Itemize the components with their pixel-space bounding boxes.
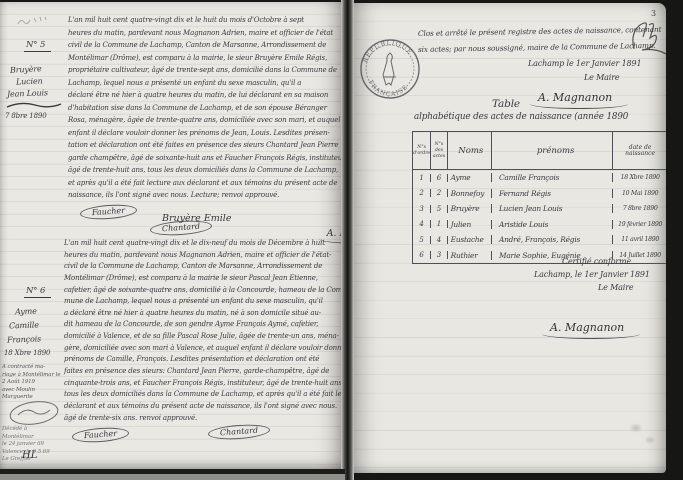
act-line: tous les deux domiciliés dans la Commune… <box>64 389 341 401</box>
act-line: âgé de trente-six ans. renvoi approuvé. <box>64 413 341 425</box>
table-row: 3 5 Bruyère Lucien Jean Louis 7 8bre 189… <box>413 201 666 217</box>
cell-date: 18 Xbre 1890 <box>621 174 660 181</box>
cell-nom: Julien <box>451 220 491 229</box>
act-line: dit hameau de la Concourde, de son gendr… <box>64 319 341 331</box>
act-line: déclarant et aux témoins du présent acte… <box>64 401 341 413</box>
note-line: Montélimar <box>2 434 50 442</box>
header-text: d'ordre <box>413 151 430 157</box>
act6-number: N° 6 <box>24 286 51 298</box>
header-noms: Noms <box>448 132 492 169</box>
note-line: A contracté ma- <box>2 364 60 372</box>
act-line: Montélimar (Drôme), est comparu à la mai… <box>68 52 341 65</box>
table-row: 1 6 Ayme Camille François 18 Xbre 1890 <box>413 170 666 186</box>
act-line: L'an mil huit cent quatre-vingt dix et l… <box>64 238 341 250</box>
cell-acte: 6 <box>437 174 441 182</box>
act-line: et après qu'il a été fait lecture aux dé… <box>68 177 341 190</box>
note-line: avec Moulin <box>2 387 60 395</box>
act-line: mune de Lachamp, lequel nous a présenté … <box>64 296 341 308</box>
act6-margin-name-3: François <box>7 334 41 344</box>
signature-chantard: Chantard <box>150 219 213 237</box>
act5-margin-name-1: Bruyère <box>10 64 42 75</box>
pencil-scribble-mark <box>16 14 50 30</box>
cell-prenoms: Lucien Jean Louis <box>499 204 612 213</box>
act-line: heures du matin, pardevant nous Magnanon… <box>64 250 341 262</box>
act-line: déclaré être né hier à quatre heures du … <box>68 89 341 102</box>
act-line: heures du matin, pardevant nous Magnanon… <box>68 27 341 40</box>
page-number: 3 <box>651 9 656 18</box>
act-line: Lachamp, lequel nous a présenté un enfan… <box>68 77 341 90</box>
act-line: tation et déclaration ont été faites en … <box>68 139 341 152</box>
cell-ordre: 2 <box>419 189 423 197</box>
act-line: d'habitation sise dans la Commune de Lac… <box>68 102 341 115</box>
scan-bed <box>0 474 345 480</box>
act-line: civil de la Commune de Lachamp, Canton d… <box>68 39 341 52</box>
act6-margin-name-1: Ayme <box>15 307 37 317</box>
cell-date: 10 Mai 1890 <box>622 190 658 197</box>
republique-francaise-stamp-icon: RÉPUBLIQUE FRANÇAISE <box>358 37 422 101</box>
signature-faucher: Faucher <box>80 203 138 221</box>
act5-margin-name-3: Jean Louis <box>7 88 48 98</box>
note-line: Décédé à <box>2 426 50 434</box>
act-line: cinquante-trois ans, et Faucher François… <box>64 378 341 390</box>
marriage-margin-note: A contracté ma- riage à Montélimar le 2 … <box>2 364 60 402</box>
cell-acte: 5 <box>437 205 441 213</box>
cell-acte: 4 <box>437 236 441 244</box>
marianne-figure <box>383 53 396 85</box>
header-prenoms: prénoms <box>492 132 613 169</box>
cell-ordre: 4 <box>419 220 423 228</box>
header-ordre: N°s d'ordre <box>413 132 431 169</box>
certification-line-1: Certifié conforme <box>562 257 631 266</box>
act-line: Rosa, ménagère, âgée de trente-quatre an… <box>68 114 341 127</box>
closing-signature-magnanon: A. Magnanon <box>538 91 612 104</box>
table-header-row: N°s d'ordre N°s des actes Noms prénoms d… <box>413 132 666 170</box>
cell-ordre: 6 <box>419 251 423 259</box>
act5-margin-date: 7 8bre 1890 <box>5 112 47 120</box>
act-line: domicilié à Valence, et de sa fille Pasc… <box>64 331 341 343</box>
header-date: date de naissance <box>613 132 666 169</box>
cell-nom: Eustache <box>451 235 491 244</box>
cell-acte: 1 <box>437 220 441 228</box>
svg-text:RÉPUBLIQUE: RÉPUBLIQUE <box>362 40 414 64</box>
table-row: 4 1 Julien Aristide Louis 19 février 189… <box>413 217 666 233</box>
act-line: prénoms de Camille, François. Lesdites p… <box>64 354 341 366</box>
note-line: le 24 janvier 69 <box>2 441 50 449</box>
book-gutter <box>341 0 354 480</box>
act6-body-text: L'an mil huit cent quatre-vingt dix et l… <box>64 238 341 424</box>
cell-date: 11 avril 1890 <box>621 236 659 243</box>
cell-nom: Bruyère <box>451 204 491 213</box>
table-title: Table <box>492 98 520 110</box>
left-page: N° 5 Bruyère Lucien Jean Louis 7 8bre 18… <box>0 2 343 469</box>
cell-nom: Bonnefoy <box>451 189 491 198</box>
closing-signer-title: Le Maire <box>584 73 619 82</box>
act5-number: N° 5 <box>24 40 51 52</box>
act-line: faites en présence des sieurs: Chantard … <box>64 366 341 378</box>
cell-prenoms: André, François, Régis <box>499 235 612 244</box>
cell-date: 19 février 1890 <box>618 221 662 228</box>
note-line: 2 Août 1919 <box>2 379 60 387</box>
signature-faucher: Faucher <box>72 426 130 444</box>
header-text: prénoms <box>499 146 612 156</box>
act-line: naissance, ils l'ont signé avec nous. Le… <box>68 189 341 202</box>
header-text: des actes <box>431 148 446 160</box>
act-line: a déclaré être né hier à quatre heures d… <box>64 308 341 320</box>
cell-prenoms: Aristide Louis <box>499 220 612 229</box>
act-line: cafetier, âgé de soixante-quatre ans, do… <box>64 285 341 297</box>
act-line: âgé de trente-huit ans, tous les deux do… <box>68 164 341 177</box>
closing-statement: Clos et arrêté le présent registre des a… <box>354 3 666 22</box>
register-scan: N° 5 Bruyère Lucien Jean Louis 7 8bre 18… <box>0 0 683 480</box>
cell-ordre: 5 <box>419 236 423 244</box>
cell-acte: 3 <box>437 251 441 259</box>
header-text: Noms <box>451 146 491 156</box>
greffier-initials: HL <box>22 450 37 461</box>
cell-acte: 2 <box>437 189 441 197</box>
header-acte: N°s des actes <box>431 132 447 169</box>
act-line: enfant il déclare vouloir donner les pré… <box>68 127 341 140</box>
cell-prenoms: Camille François <box>499 173 612 182</box>
table-subtitle: alphabétique des actes de naissance (ann… <box>414 112 628 122</box>
cell-date: 7 8bre 1890 <box>623 205 658 212</box>
act-line: garde champêtre, âgé de soixante-huit an… <box>68 152 341 165</box>
cell-prenoms: Fernand Régis <box>499 189 612 198</box>
act-line: L'an mil huit cent quatre-vingt dix et l… <box>68 14 341 27</box>
act-line: propriétaire cultivateur, âgé de trente-… <box>68 64 341 77</box>
act5-margin-name-2: Lucien <box>16 77 43 87</box>
certification-line-2: Lachamp, le 1er Janvier 1891 <box>534 270 650 279</box>
table-row: 2 2 Bonnefoy Fernand Régis 10 Mai 1890 <box>413 186 666 202</box>
act6-margin-date: 18 Xbre 1890 <box>4 349 50 357</box>
act-line: Montélimar (Drôme), est comparu à la mai… <box>64 273 341 285</box>
act-line: gère, domiciliée avec son mari à Valence… <box>64 343 341 355</box>
act6-margin-name-2: Camille <box>9 320 39 330</box>
certification-line-3: Le Maire <box>598 283 633 292</box>
right-page: 3 RÉPUBLIQUE FRANÇAISE Clos et arrêté le… <box>354 3 666 473</box>
act-line: civil de la Commune de Lachamp, Canton d… <box>64 261 341 273</box>
cell-ordre: 3 <box>419 205 423 213</box>
cell-ordre: 1 <box>419 174 423 182</box>
closing-line-2: six actes; par nous soussigné, maire de … <box>418 41 656 54</box>
officer-paraph-oval <box>8 400 60 426</box>
certification-signature-magnanon: A. Magnanon <box>550 321 624 334</box>
cell-nom: Ayme <box>451 173 491 182</box>
act5-body-text: L'an mil huit cent quatre-vingt dix et l… <box>68 14 341 202</box>
margin-flourish-line <box>6 102 62 110</box>
signature-chantard: Chantard <box>208 423 271 441</box>
birth-index-table: N°s d'ordre N°s des actes Noms prénoms d… <box>412 131 666 264</box>
stamp-text-top: RÉPUBLIQUE <box>362 40 414 64</box>
cell-nom: Ruthier <box>451 251 491 260</box>
closing-place-date: Lachamp le 1er Janvier 1891 <box>528 59 641 68</box>
table-row: 5 4 Eustache André, François, Régis 11 a… <box>413 232 666 248</box>
header-text: naissance <box>625 151 655 157</box>
